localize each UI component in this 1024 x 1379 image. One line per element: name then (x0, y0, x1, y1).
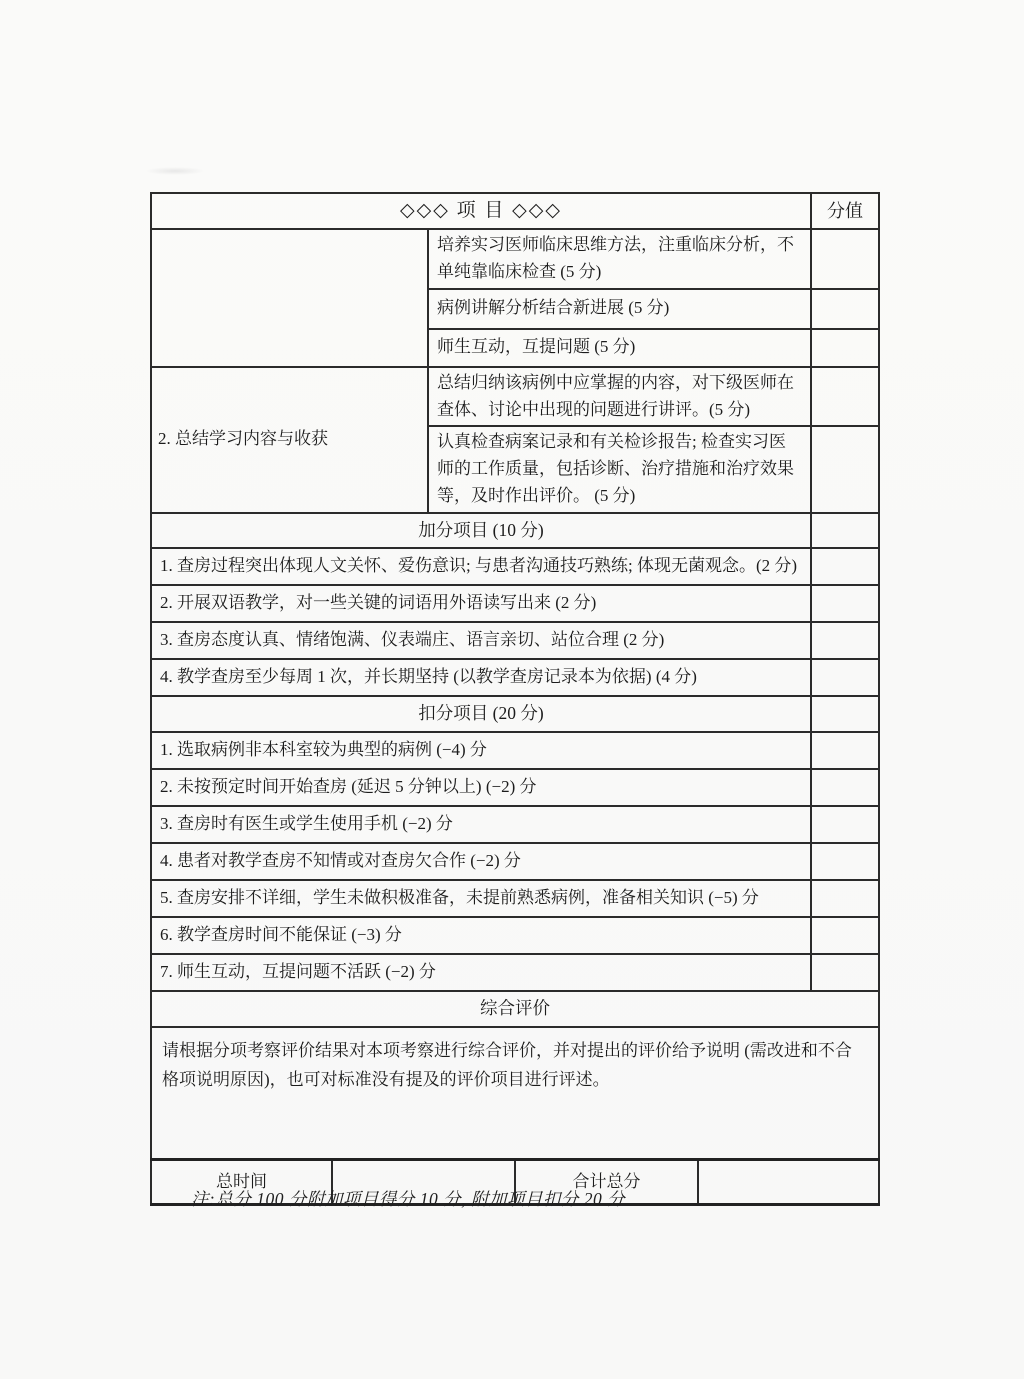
score-cell (811, 880, 879, 917)
category-cell-empty (151, 229, 428, 367)
teaching-item-text: 认真检查病案记录和有关检诊报告; 检查实习医师的工作质量，包括诊断、治疗措施和治… (428, 426, 811, 513)
deduction-item-1: 1. 选取病例非本科室较为典型的病例 (−4) 分 (151, 732, 811, 769)
scanned-document-page: ◇◇◇ 项 目 ◇◇◇ 分值 培养实习医师临床思维方法，注重临床分析，不单纯靠临… (0, 0, 1024, 1379)
score-cell (811, 229, 879, 289)
category-cell-summary: 2. 总结学习内容与收获 (151, 367, 428, 513)
deduction-item-5: 5. 查房安排不详细，学生未做积极准备，未提前熟悉病例，准备相关知识 (−5) … (151, 880, 811, 917)
teaching-item-text: 病例讲解分析结合新进展 (5 分) (428, 289, 811, 329)
deduction-item-6: 6. 教学查房时间不能保证 (−3) 分 (151, 917, 811, 954)
deduction-section-header: 扣分项目 (20 分) (151, 696, 811, 732)
total-score-value-cell (698, 1160, 879, 1205)
teaching-item-text: 总结归纳该病例中应掌握的内容，对下级医师在查体、讨论中出现的问题进行讲评。(5 … (428, 367, 811, 427)
score-cell (811, 769, 879, 806)
teaching-item-text: 师生互动，互提问题 (5 分) (428, 329, 811, 367)
table-header-title: ◇◇◇ 项 目 ◇◇◇ (151, 193, 811, 229)
score-cell (811, 732, 879, 769)
score-cell (811, 329, 879, 367)
score-cell (811, 367, 879, 427)
score-cell (811, 585, 879, 622)
overall-evaluation-header: 综合评价 (151, 991, 879, 1027)
deduction-item-2: 2. 未按预定时间开始查房 (延迟 5 分钟以上) (−2) 分 (151, 769, 811, 806)
score-cell (811, 806, 879, 843)
score-cell (811, 426, 879, 513)
score-cell (811, 548, 879, 585)
deduction-item-4: 4. 患者对教学查房不知情或对查房欠合作 (−2) 分 (151, 843, 811, 880)
score-cell (811, 513, 879, 548)
score-cell (811, 659, 879, 696)
footnote: 注:总分 100 分附加项目得分 10 分, 附加项目扣分 20 分 (191, 1186, 625, 1211)
score-cell (811, 696, 879, 732)
evaluation-table-main: ◇◇◇ 项 目 ◇◇◇ 分值 培养实习医师临床思维方法，注重临床分析，不单纯靠临… (150, 192, 880, 1160)
score-cell (811, 622, 879, 659)
score-column-header: 分值 (811, 193, 879, 229)
bonus-item-2: 2. 开展双语教学，对一些关键的词语用外语读写出来 (2 分) (151, 585, 811, 622)
teaching-item-text: 培养实习医师临床思维方法，注重临床分析，不单纯靠临床检查 (5 分) (428, 229, 811, 289)
deduction-item-7: 7. 师生互动，互提问题不活跃 (−2) 分 (151, 954, 811, 991)
score-cell (811, 843, 879, 880)
bonus-item-4: 4. 教学查房至少每周 1 次，并长期坚持 (以教学查房记录本为依据) (4 分… (151, 659, 811, 696)
bonus-item-1: 1. 查房过程突出体现人文关怀、爱伤意识; 与患者沟通技巧熟练; 体现无菌观念。… (151, 548, 811, 585)
bonus-item-3: 3. 查房态度认真、情绪饱满、仪表端庄、语言亲切、站位合理 (2 分) (151, 622, 811, 659)
deduction-item-3: 3. 查房时有医生或学生使用手机 (−2) 分 (151, 806, 811, 843)
score-cell (811, 954, 879, 991)
score-cell (811, 289, 879, 329)
overall-evaluation-instructions: 请根据分项考察评价结果对本项考察进行综合评价，并对提出的评价给予说明 (需改进和… (151, 1027, 879, 1159)
evaluation-table: ◇◇◇ 项 目 ◇◇◇ 分值 培养实习医师临床思维方法，注重临床分析，不单纯靠临… (150, 192, 878, 1206)
bonus-section-header: 加分项目 (10 分) (151, 513, 811, 548)
score-cell (811, 917, 879, 954)
scan-artifact (146, 167, 204, 175)
